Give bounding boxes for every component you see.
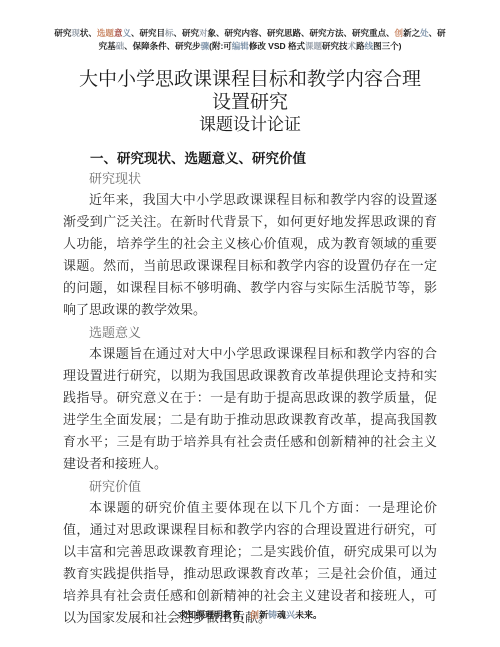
block-label-research-status: 研究现状 (63, 170, 437, 188)
block-research-value: 研究价值 本课题的研究价值主要体现在以下几个方面：一是理论价值，通过对思政课课程… (63, 478, 437, 629)
block-topic-significance: 选题意义 本课题旨在通过对大中小学思政课课程目标和教学内容的合理设置进行研究，以… (63, 324, 437, 475)
paragraph-research-status: 近年来，我国大中小学思政课课程目标和教学内容的设置逐渐受到广泛关注。在新时代背景… (63, 189, 437, 321)
header-note: 研究现状、选题意义、研究目标、研究对象、研究内容、研究思路、研究方法、研究重点、… (53, 27, 447, 53)
header-note-line2: 究基础、保障条件、研究步骤(附:可编辑修改 VSD 格式课题研究技术路线图三个) (53, 40, 447, 53)
document-title-line2: 设置研究 (63, 91, 437, 114)
block-label-topic-significance: 选题意义 (63, 324, 437, 342)
document-title: 大中小学思政课课程目标和教学内容合理 设置研究 (63, 68, 437, 114)
footer-slogan: 求知探理明教育，创新铸魂兴未来。 (0, 609, 500, 622)
section-heading: 一、研究现状、选题意义、研究价值 (63, 151, 437, 167)
block-research-status: 研究现状 近年来，我国大中小学思政课课程目标和教学内容的设置逐渐受到广泛关注。在… (63, 170, 437, 321)
document-subtitle: 课题设计论证 (63, 114, 437, 136)
header-note-line1: 研究现状、选题意义、研究目标、研究对象、研究内容、研究思路、研究方法、研究重点、… (53, 27, 447, 40)
document-page: 研究现状、选题意义、研究目标、研究对象、研究内容、研究思路、研究方法、研究重点、… (0, 0, 500, 647)
paragraph-topic-significance: 本课题旨在通过对大中小学思政课课程目标和教学内容的合理设置进行研究，以期为我国思… (63, 343, 437, 475)
block-label-research-value: 研究价值 (63, 478, 437, 496)
document-title-line1: 大中小学思政课课程目标和教学内容合理 (63, 68, 437, 91)
